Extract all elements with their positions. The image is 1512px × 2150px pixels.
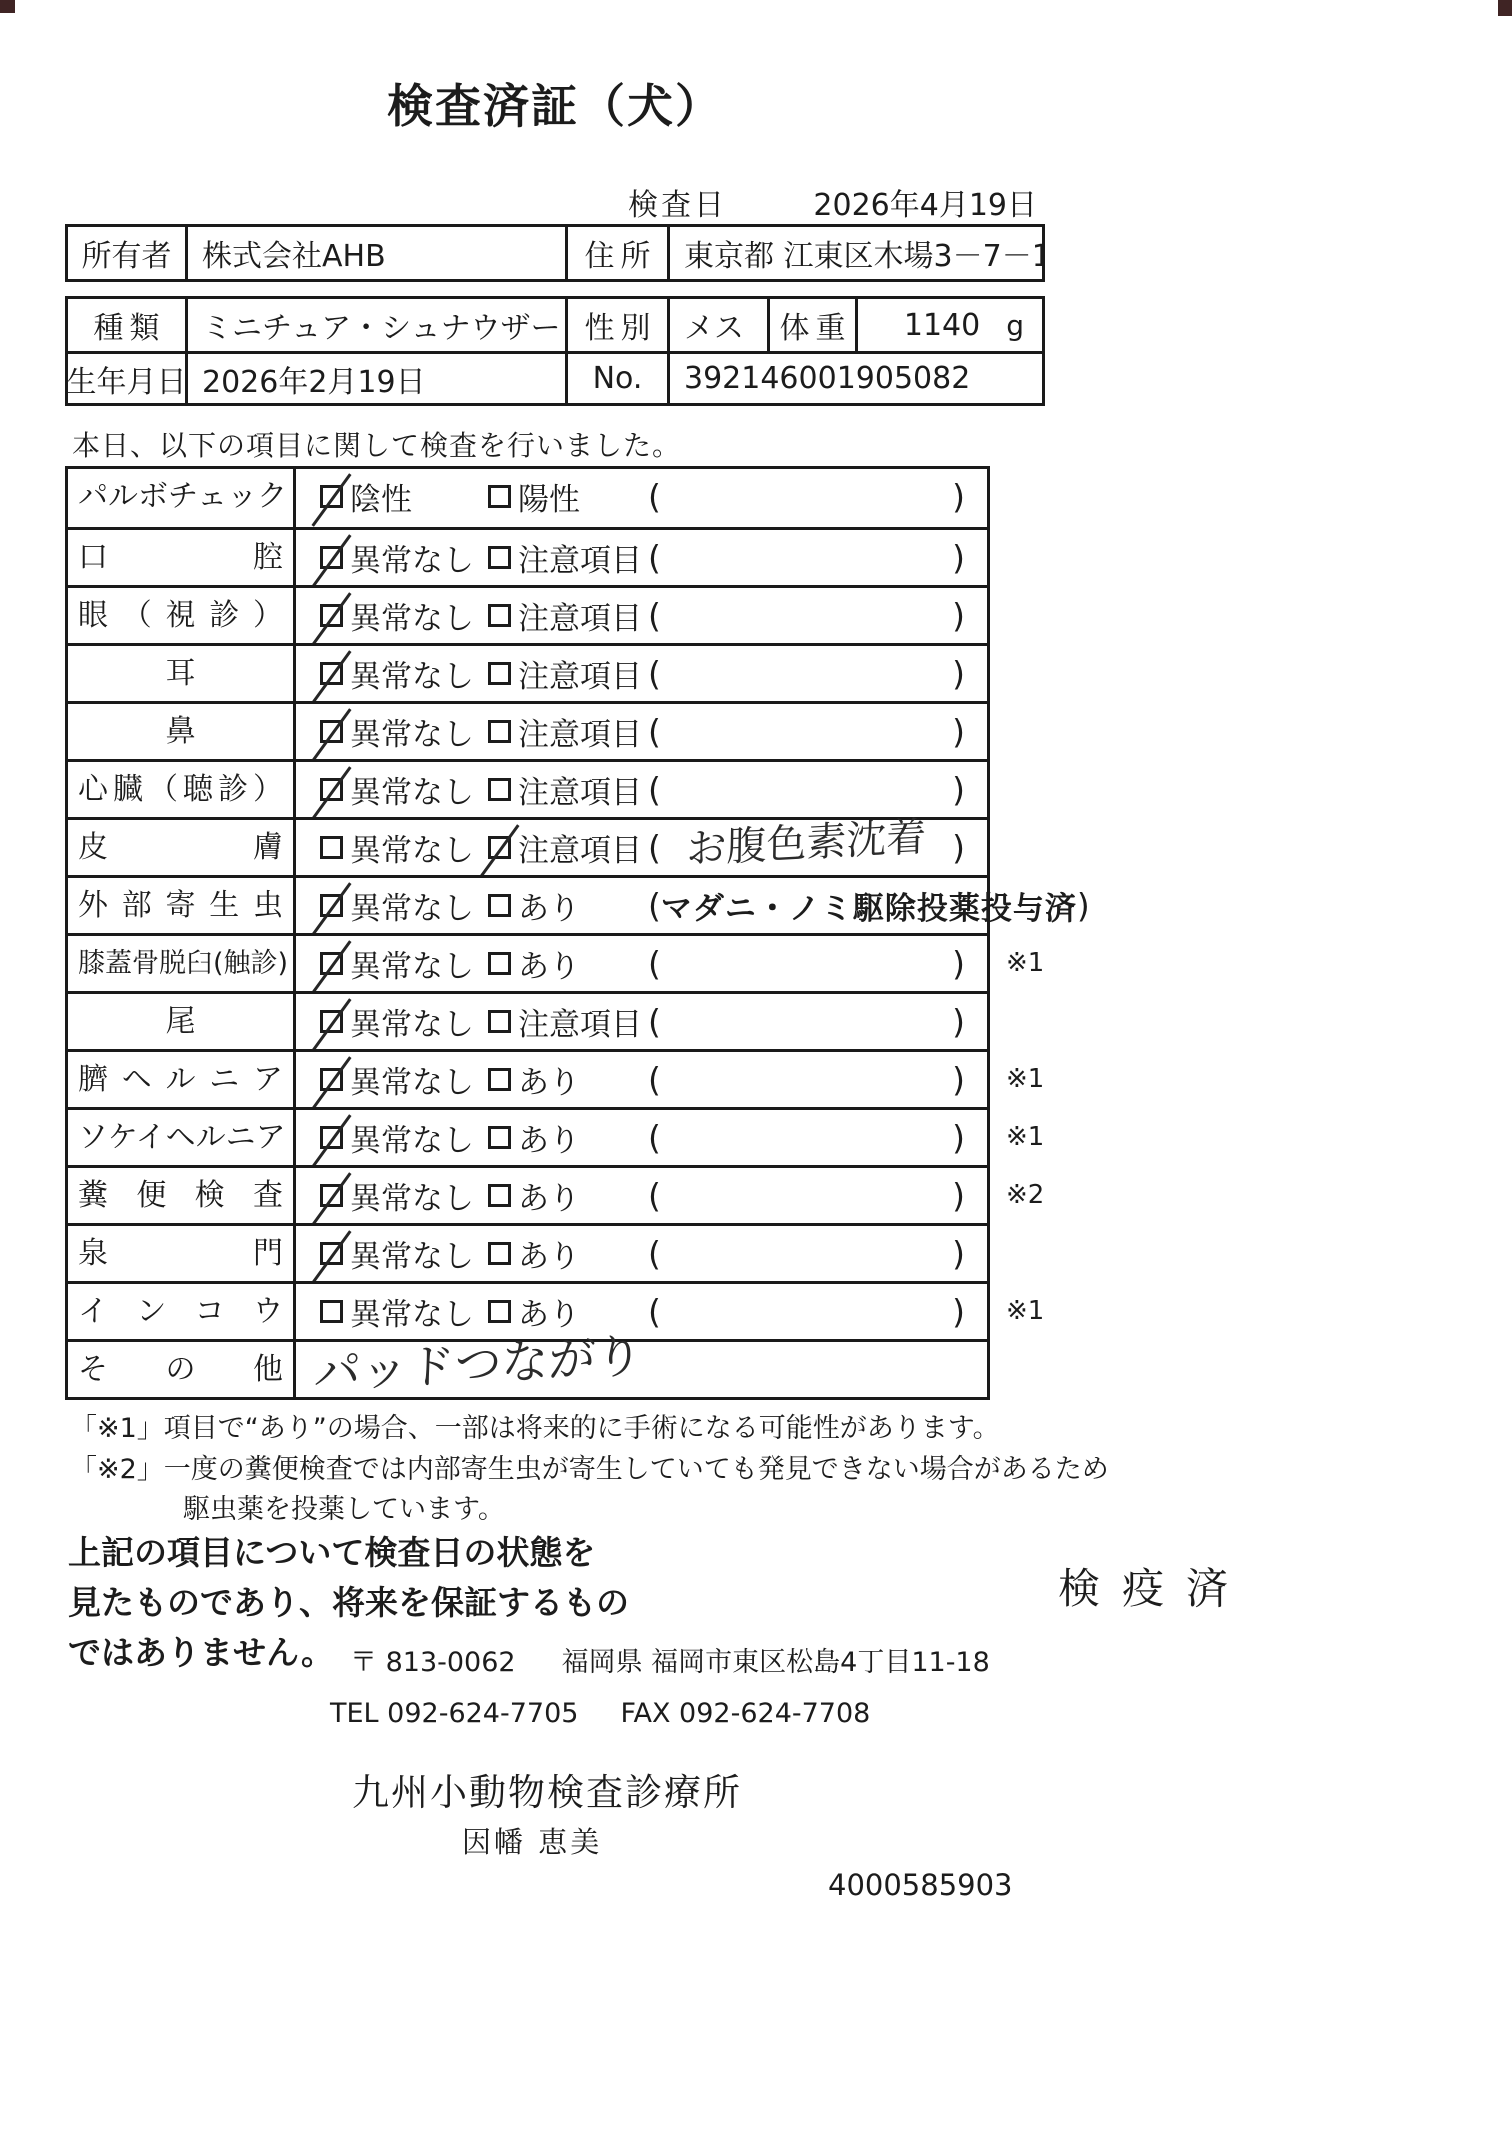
option-label: あり [518, 883, 580, 928]
option-label: 異常なし [350, 941, 474, 986]
sex-label: 性別 [568, 299, 670, 351]
birth-label: 生年月日 [68, 354, 188, 403]
checklist-row-parvo: パルボチェック 陰性 陽性 () [68, 469, 987, 527]
checkbox-normal [320, 894, 343, 917]
checkbox-normal [320, 1068, 343, 1091]
paren-open: ( [648, 1118, 661, 1157]
owner-label: 所有者 [68, 227, 188, 279]
option-label: 異常なし [350, 709, 474, 754]
paren-open: ( [648, 654, 661, 693]
checkbox-normal [320, 1242, 343, 1265]
pet-table: 種類 ミニチュア・シュナウザー 性別 メス 体重 1140 g 生年月日 202… [65, 296, 1045, 406]
footnote-ref: ※1 [1006, 1122, 1044, 1152]
checklist-row-tail: 尾 異常なし 注意項目 () [68, 991, 987, 1049]
paren-open: ( [648, 1060, 661, 1099]
footnote-1: 「※1」項目で“あり”の場合、一部は将来的に手術になる可能性があります。 [70, 1406, 1000, 1445]
item-name: 外部寄生虫 [68, 878, 296, 933]
option-label: あり [518, 941, 580, 986]
checklist-row-nose: 鼻 異常なし 注意項目 () [68, 701, 987, 759]
no-label: No. [568, 354, 670, 403]
inspection-date-line: 検査日 2026年4月19日 [65, 180, 1045, 216]
paren-open: ( [648, 1002, 661, 1041]
option-label: 異常なし [350, 767, 474, 812]
checkbox-present [488, 894, 511, 917]
paren-close: ) [952, 1292, 965, 1331]
option-label: 異常なし [350, 999, 474, 1044]
paren-open: ( [648, 477, 661, 516]
no-value: 392146001905082 [670, 354, 1042, 403]
checkbox-normal [320, 778, 343, 801]
checkbox-present [488, 1068, 511, 1091]
option-label: 陽性 [518, 474, 580, 519]
item-name: 臍ヘルニア [68, 1052, 296, 1107]
option-label: 注意項目 [518, 709, 642, 754]
paren-close: ) [952, 538, 965, 577]
quarantine-stamp: 検疫済 [1058, 1556, 1250, 1616]
option-label: 注意項目 [518, 825, 642, 870]
option-label: あり [518, 1115, 580, 1160]
footnote-ref: ※1 [1006, 948, 1044, 978]
paren-content: マダニ・ノミ駆除投薬投与済 [661, 883, 1077, 928]
address-label: 住所 [568, 227, 670, 279]
examiner-name: 因幡 恵美 [462, 1820, 602, 1861]
checkbox-normal [320, 720, 343, 743]
postal-code: 〒 813-0062 [350, 1640, 516, 1679]
checkbox-present [488, 1184, 511, 1207]
checkbox-normal [320, 604, 343, 627]
paren-close: ) [952, 1176, 965, 1215]
checkbox-normal [320, 662, 343, 685]
option-label: 異常なし [350, 1057, 474, 1102]
checklist-row-skin: 皮膚 異常なし 注意項目 (お腹色素沈着) [68, 817, 987, 875]
paren-open: ( [648, 712, 661, 751]
paren-open: ( [648, 596, 661, 635]
item-name: ソケイヘルニア [68, 1110, 296, 1165]
paren-open: ( [648, 886, 661, 925]
option-label: 陰性 [350, 474, 412, 519]
paren-open: ( [648, 538, 661, 577]
item-name: インコウ [68, 1284, 296, 1339]
item-name: その他 [68, 1342, 296, 1397]
item-name: 膝蓋骨脱臼(触診) [68, 936, 296, 991]
clinic-address: 福岡県 福岡市東区松島4丁目11-18 [562, 1640, 990, 1679]
checklist-row-patella: 膝蓋骨脱臼(触診) 異常なし あり () ※1 [68, 933, 987, 991]
item-name: 耳 [68, 646, 296, 701]
checkbox-negative [320, 485, 343, 508]
checklist-row-fecal-exam: 糞便検査 異常なし あり () ※2 [68, 1165, 987, 1223]
paren-close: ) [952, 828, 965, 867]
disclaimer-line: 上記の項目について検査日の状態を [68, 1528, 629, 1578]
scanned-certificate-page: 検査済証（犬） 検査日 2026年4月19日 所有者 株式会社AHB 住所 東京… [0, 0, 1512, 2150]
paren-open: ( [648, 1176, 661, 1215]
weight-unit: g [1006, 309, 1024, 342]
clinic-contact-line: TEL 092-624-7705 FAX 092-624-7708 [330, 1698, 870, 1729]
option-label: 注意項目 [518, 535, 642, 580]
footnote-2-continued: 駆虫薬を投薬しています。 [183, 1487, 505, 1526]
option-label: あり [518, 1173, 580, 1218]
option-label: 注意項目 [518, 767, 642, 812]
checklist-row-ears: 耳 異常なし 注意項目 () [68, 643, 987, 701]
checkbox-caution [488, 662, 511, 685]
option-label: 注意項目 [518, 999, 642, 1044]
checklist-row-umbilical-hernia: 臍ヘルニア 異常なし あり () ※1 [68, 1049, 987, 1107]
item-name: 泉門 [68, 1226, 296, 1281]
paren-close: ) [952, 1060, 965, 1099]
item-name: 皮膚 [68, 820, 296, 875]
paren-close: ) [952, 1234, 965, 1273]
scan-artifact [1498, 0, 1512, 16]
paren-open: ( [648, 770, 661, 809]
serial-number: 4000585903 [828, 1868, 1013, 1902]
paren-close: ) [952, 654, 965, 693]
checklist-row-other: その他 パッドつながり [68, 1339, 987, 1397]
paren-close: ) [952, 770, 965, 809]
option-label: 異常なし [350, 883, 474, 928]
option-label: 異常なし [350, 1231, 474, 1276]
checkbox-caution [488, 1010, 511, 1033]
owner-table: 所有者 株式会社AHB 住所 東京都 江東区木場3－7－11 [65, 224, 1045, 282]
paren-close: ) [1077, 886, 1090, 925]
breed-label: 種類 [68, 299, 188, 351]
weight-value: 1140 [904, 308, 980, 343]
item-name: 心臓（聴診） [68, 762, 296, 817]
sex-value: メス [670, 299, 770, 351]
disclaimer-line: 見たものであり、将来を保証するもの [68, 1578, 629, 1628]
intro-text: 本日、以下の項目に関して検査を行いました。 [72, 424, 681, 464]
breed-value: ミニチュア・シュナウザー [188, 299, 568, 351]
checkbox-present [488, 1300, 511, 1323]
checkbox-normal [320, 1010, 343, 1033]
paren-close: ) [952, 1002, 965, 1041]
item-name: 口腔 [68, 530, 296, 585]
checkbox-present [488, 1242, 511, 1265]
clinic-postal-line: 〒 813-0062 福岡県 福岡市東区松島4丁目11-18 [350, 1640, 990, 1679]
birth-value: 2026年2月19日 [188, 354, 568, 403]
option-label: 異常なし [350, 535, 474, 580]
item-name: 尾 [68, 994, 296, 1049]
clinic-fax: FAX 092-624-7708 [620, 1698, 870, 1729]
paren-close: ) [952, 596, 965, 635]
option-label: 異常なし [350, 1289, 474, 1334]
paren-open: ( [648, 1292, 661, 1331]
footnote-ref: ※1 [1006, 1064, 1044, 1094]
option-label: 注意項目 [518, 651, 642, 696]
paren-close: ) [952, 944, 965, 983]
checkbox-normal [320, 546, 343, 569]
item-name: 糞便検査 [68, 1168, 296, 1223]
checklist-row-inguinal-hernia: ソケイヘルニア 異常なし あり () ※1 [68, 1107, 987, 1165]
scan-artifact [0, 0, 15, 13]
paren-open: ( [648, 944, 661, 983]
paren-close: ) [952, 477, 965, 516]
weight-label: 体重 [770, 299, 858, 351]
checklist-row-fontanelle: 泉門 異常なし あり () [68, 1223, 987, 1281]
checkbox-normal [320, 1300, 343, 1323]
checkbox-normal [320, 952, 343, 975]
footnote-ref: ※2 [1006, 1180, 1044, 1210]
paren-close: ) [952, 1118, 965, 1157]
checklist-row-ectoparasite: 外部寄生虫 異常なし あり (マダニ・ノミ駆除投薬投与済) [68, 875, 987, 933]
checklist-row-eyes: 眼（視診） 異常なし 注意項目 () [68, 585, 987, 643]
checkbox-caution [488, 720, 511, 743]
item-name: 眼（視診） [68, 588, 296, 643]
checkbox-normal [320, 836, 343, 859]
inspection-date-value: 2026年4月19日 [813, 180, 1037, 224]
checkbox-caution [488, 604, 511, 627]
option-label: 異常なし [350, 1173, 474, 1218]
address-value: 東京都 江東区木場3－7－11 [670, 227, 1042, 279]
option-label: 注意項目 [518, 593, 642, 638]
clinic-tel: TEL 092-624-7705 [330, 1698, 578, 1729]
paren-open: ( [648, 1234, 661, 1273]
footnote-2: 「※2」一度の糞便検査では内部寄生虫が寄生していても発見できない場合があるため [70, 1447, 1109, 1486]
option-label: 異常なし [350, 825, 474, 870]
checklist-row-mouth: 口腔 異常なし 注意項目 () [68, 527, 987, 585]
option-label: あり [518, 1057, 580, 1102]
checkbox-caution [488, 836, 511, 859]
option-label: あり [518, 1231, 580, 1276]
checkbox-present [488, 952, 511, 975]
item-name: パルボチェック [68, 469, 296, 527]
checklist-table: パルボチェック 陰性 陽性 () 口腔 異常なし 注意項目 () 眼（視診） 異… [65, 466, 990, 1400]
checkbox-caution [488, 546, 511, 569]
checkbox-normal [320, 1184, 343, 1207]
checkbox-present [488, 1126, 511, 1149]
footnote-ref: ※1 [1006, 1296, 1044, 1326]
owner-value: 株式会社AHB [188, 227, 568, 279]
option-label: 異常なし [350, 593, 474, 638]
checkbox-normal [320, 1126, 343, 1149]
paren-open: ( [648, 828, 661, 867]
clinic-name: 九州小動物検査診療所 [352, 1762, 742, 1816]
option-label: 異常なし [350, 1115, 474, 1160]
item-name: 鼻 [68, 704, 296, 759]
checkbox-caution [488, 778, 511, 801]
paren-close: ) [952, 712, 965, 751]
inspection-date-label: 検査日 [628, 180, 727, 224]
page-title: 検査済証（犬） [0, 70, 1110, 136]
option-label: 異常なし [350, 651, 474, 696]
checkbox-positive [488, 485, 511, 508]
